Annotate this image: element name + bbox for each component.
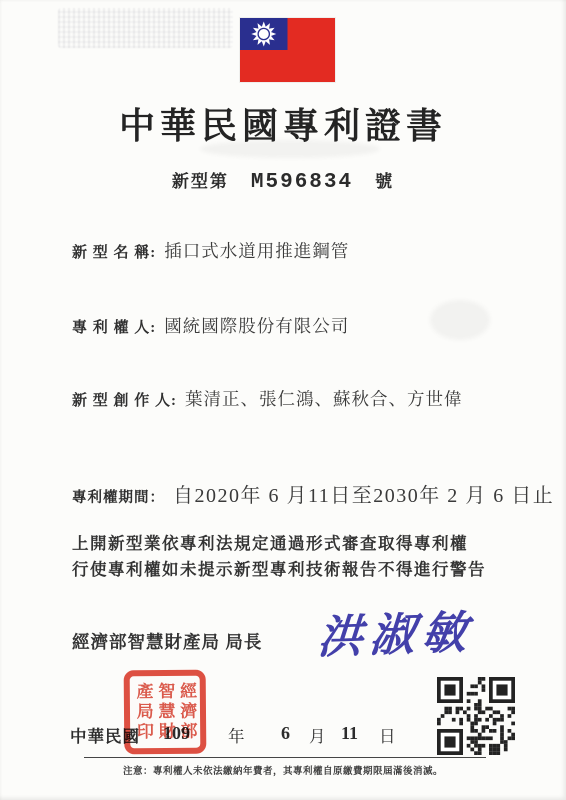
security-watermark-pattern	[58, 8, 233, 48]
field-label: 專利權期間：	[72, 490, 165, 506]
date-day-unit: 日	[379, 723, 396, 747]
qr-code-svg	[437, 677, 515, 755]
date-month: 6	[281, 723, 290, 744]
footer-note: 注意：專利權人未依法繳納年費者，其專利權自原繳費期限屆滿後消滅。	[0, 763, 566, 777]
field-value: 自2020年 6 月11日至2030年 2 月 6 日止	[173, 485, 554, 507]
taiwan-flag-svg	[240, 18, 335, 82]
patent-number-row: 新型第 M596834 號	[0, 167, 566, 194]
date-month-unit: 月	[309, 723, 326, 747]
field-patent-holder: 專 利 權 人: 國統國際股份有限公司	[72, 313, 349, 338]
legal-notice-line-1: 上開新型業依專利法規定通過形式審查取得專利權	[72, 531, 486, 557]
field-value: 葉清正、張仁鴻、蘇秋合、方世偉	[185, 389, 463, 409]
director-signature: 洪淑敏	[316, 595, 490, 666]
seal-column-left: 產局印	[134, 682, 152, 742]
legal-notice-line-2: 行使專利權如未提示新型專利技術報告不得進行警告	[72, 557, 486, 583]
patent-number-prefix: 新型第	[172, 167, 229, 192]
date-day: 11	[341, 723, 358, 744]
issuing-office: 經濟部智慧財產局 局長	[72, 629, 262, 654]
certificate-title: 中華民國專利證書	[0, 98, 566, 149]
field-label: 新 型 名 稱:	[72, 245, 156, 261]
patent-number-suffix: 號	[375, 167, 394, 192]
taiwan-flag-icon	[240, 18, 335, 82]
scan-smudge	[430, 300, 490, 340]
official-red-seal: 經濟部 智慧財 產局印	[124, 670, 207, 755]
footer-divider	[84, 757, 486, 758]
seal-column-middle: 智慧財	[156, 682, 174, 742]
field-value: 國統國際股份有限公司	[164, 316, 349, 336]
field-patent-term: 專利權期間： 自2020年 6 月11日至2030年 2 月 6 日止	[72, 479, 554, 508]
field-utility-model-name: 新 型 名 稱: 插口式水道用推進鋼管	[72, 238, 349, 263]
field-label: 新 型 創 作 人:	[72, 393, 177, 409]
patent-number-value: M596834	[251, 171, 353, 194]
patent-certificate-page: 中華民國專利證書 新型第 M596834 號 新 型 名 稱: 插口式水道用推進…	[0, 0, 566, 800]
date-year-unit: 年	[228, 723, 245, 747]
legal-notice: 上開新型業依專利法規定通過形式審查取得專利權 行使專利權如未提示新型專利技術報告…	[72, 531, 486, 583]
field-label: 專 利 權 人:	[72, 320, 156, 336]
field-creators: 新 型 創 作 人: 葉清正、張仁鴻、蘇秋合、方世偉	[72, 386, 463, 411]
field-value: 插口式水道用推進鋼管	[164, 241, 349, 261]
qr-code	[437, 677, 515, 755]
seal-column-right: 經濟部	[178, 682, 196, 742]
